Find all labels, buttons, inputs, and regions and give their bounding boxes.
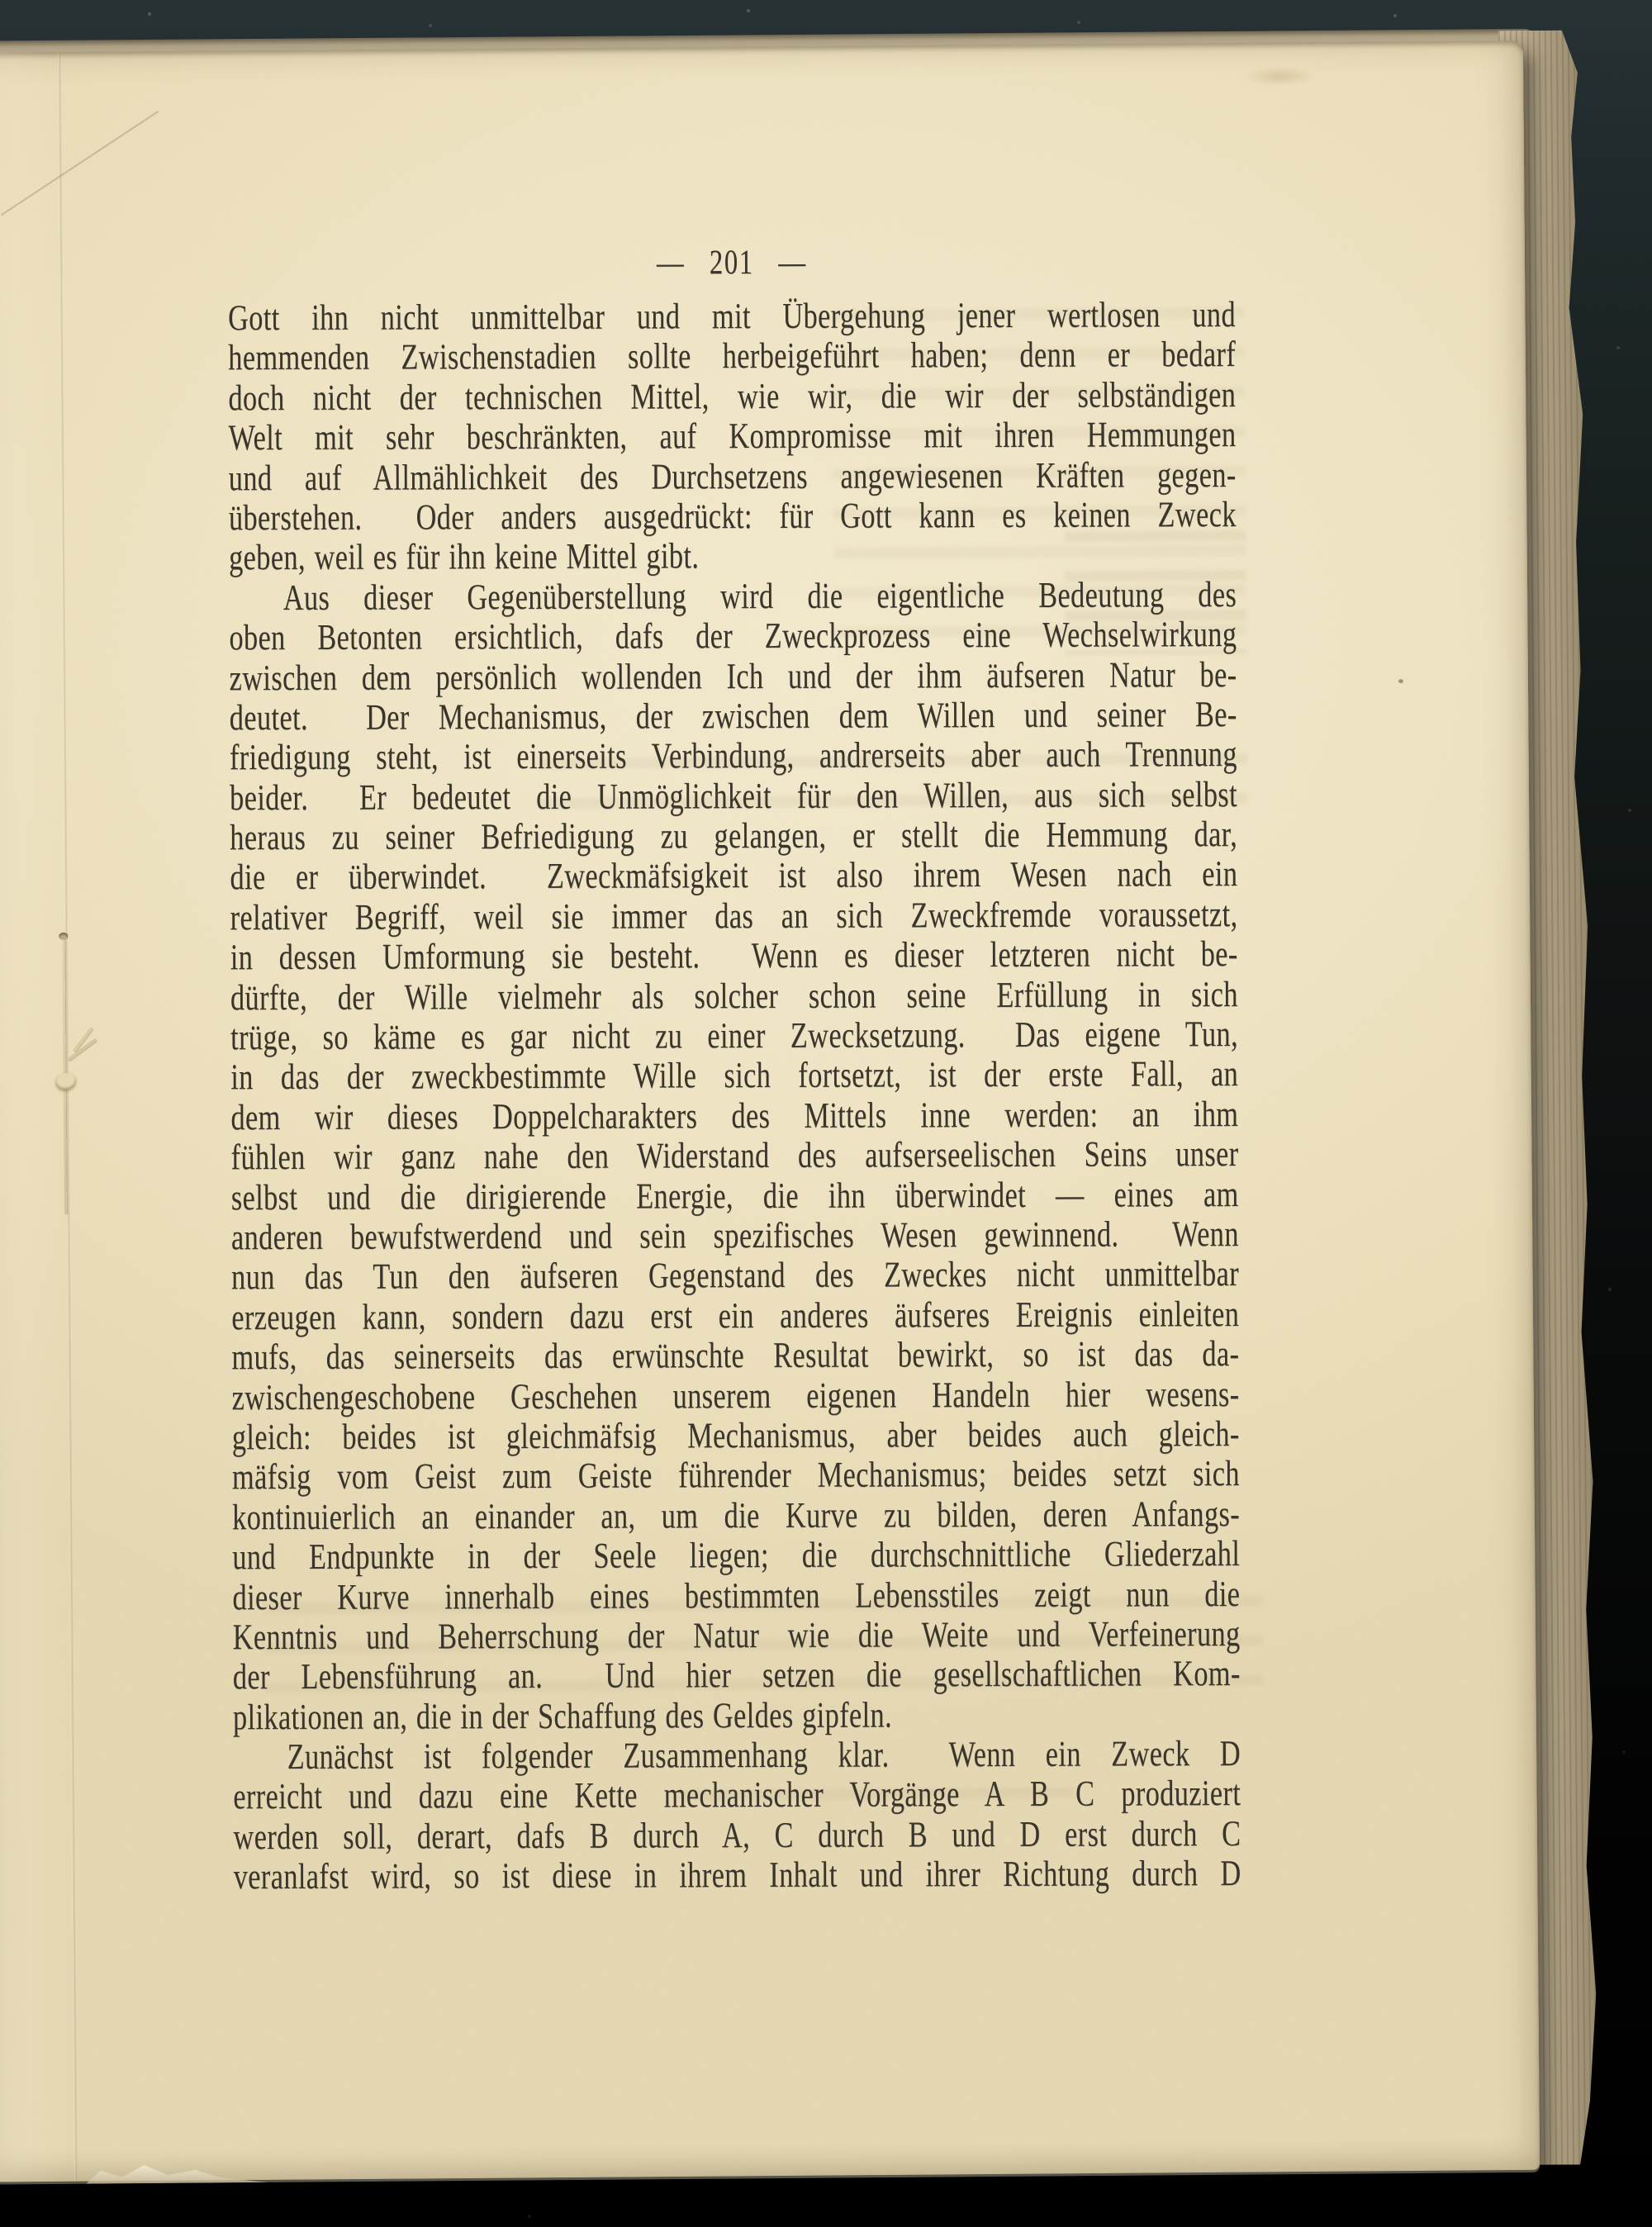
text-line: selbst und die dirigierende Energie, die… bbox=[231, 1175, 1239, 1218]
text-line: Zunächst ist folgender Zusammenhang klar… bbox=[233, 1734, 1241, 1778]
text-line: und auf Allmählichkeit des Durchsetzens … bbox=[229, 455, 1237, 499]
header-dash-right: — bbox=[778, 244, 806, 282]
text-line: nun das Tun den äufseren Gegenstand des … bbox=[231, 1254, 1239, 1298]
text-line: fühlen wir ganz nahe den Widerstand des … bbox=[231, 1134, 1239, 1178]
page-header: —201— bbox=[228, 240, 1236, 285]
text-line: dieser Kurve innerhalb eines bestimmten … bbox=[232, 1574, 1240, 1618]
text-line: heraus zu seiner Befriedigung zu gelange… bbox=[230, 814, 1237, 858]
text-line: plikationen an, die in der Schaffung des… bbox=[233, 1694, 1241, 1738]
text-line: zwischen dem persönlich wollenden Ich un… bbox=[230, 655, 1237, 699]
text-line: Gott ihn nicht unmittelbar und mit Überg… bbox=[228, 295, 1236, 339]
text-line: anderen bewufstwerdend und sein spezifis… bbox=[231, 1214, 1239, 1258]
text-line: deutet. Der Mechanismus, der zwischen de… bbox=[230, 695, 1237, 738]
text-line: friedigung steht, ist einerseits Verbind… bbox=[230, 734, 1237, 778]
text-line: die er überwindet. Zweckmäfsigkeit ist a… bbox=[230, 854, 1237, 898]
page-number: 201 bbox=[710, 244, 754, 282]
book-page: —201— Gott ihn nicht unmittelbar und mit… bbox=[0, 40, 1540, 2182]
text-line: kontinuierlich an einander an, um die Ku… bbox=[232, 1494, 1240, 1538]
binding-hole bbox=[59, 933, 68, 940]
text-line: relativer Begriff, weil sie immer das an… bbox=[230, 895, 1238, 938]
text-line: und Endpunkte in der Seele liegen; die d… bbox=[232, 1534, 1240, 1578]
text-line: dürfte, der Wille vielmehr als solcher s… bbox=[230, 975, 1238, 1019]
bottom-edge-crumple bbox=[86, 2161, 268, 2184]
dust-specks bbox=[0, 0, 2, 2]
text-line: Welt mit sehr beschränkten, auf Kompromi… bbox=[228, 415, 1236, 458]
body-text: Gott ihn nicht unmittelbar und mit Überg… bbox=[228, 295, 1241, 1897]
paper-speck bbox=[1398, 679, 1403, 683]
text-line: erreicht und dazu eine Kette mechanische… bbox=[233, 1774, 1241, 1817]
text-line: der Lebensführung an. Und hier setzen di… bbox=[233, 1654, 1241, 1698]
text-line: Aus dieser Gegenüberstellung wird die ei… bbox=[229, 575, 1237, 619]
thread-knot bbox=[56, 1073, 76, 1090]
text-line: beider. Er bedeutet die Unmöglichkeit fü… bbox=[230, 775, 1237, 819]
text-line: erzeugen kann, sondern dazu erst ein and… bbox=[231, 1294, 1239, 1338]
text-line: werden soll, derart, dafs B durch A, C d… bbox=[233, 1814, 1241, 1858]
text-line: veranlafst wird, so ist diese in ihrem I… bbox=[234, 1854, 1241, 1897]
text-line: in dessen Umformung sie besteht. Wenn es… bbox=[230, 934, 1238, 978]
text-line: hemmenden Zwischenstadien sollte herbeig… bbox=[228, 335, 1236, 378]
text-line: dem wir dieses Doppelcharakters des Mitt… bbox=[230, 1095, 1238, 1138]
text-line: oben Betonten ersichtlich, dafs der Zwec… bbox=[229, 615, 1237, 658]
page-text-block: —201— Gott ihn nicht unmittelbar und mit… bbox=[228, 240, 1241, 1897]
text-line: mäfsig vom Geist zum Geiste führender Me… bbox=[232, 1454, 1240, 1498]
text-line: zwischengeschobene Geschehen unserem eig… bbox=[232, 1375, 1240, 1418]
book: —201— Gott ihn nicht unmittelbar und mit… bbox=[0, 28, 1601, 2190]
text-line: überstehen. Oder anders ausgedrückt: für… bbox=[229, 495, 1237, 539]
text-line: trüge, so käme es gar nicht zu einer Zwe… bbox=[230, 1014, 1238, 1058]
text-line: Kenntnis und Beherrschung der Natur wie … bbox=[233, 1614, 1241, 1658]
header-dash-left: — bbox=[657, 244, 685, 282]
text-line: doch nicht der technischen Mittel, wie w… bbox=[228, 375, 1236, 419]
paper-stain bbox=[1226, 67, 1333, 91]
book-scan: —201— Gott ihn nicht unmittelbar und mit… bbox=[0, 0, 1652, 2227]
text-line: in das der zweckbestimmte Wille sich for… bbox=[230, 1054, 1238, 1098]
text-line: gleich: beides ist gleichmäfsig Mechanis… bbox=[232, 1414, 1240, 1458]
text-line: geben, weil es für ihn keine Mittel gibt… bbox=[229, 534, 1237, 578]
text-line: mufs, das seinerseits das erwünschte Res… bbox=[231, 1334, 1239, 1378]
